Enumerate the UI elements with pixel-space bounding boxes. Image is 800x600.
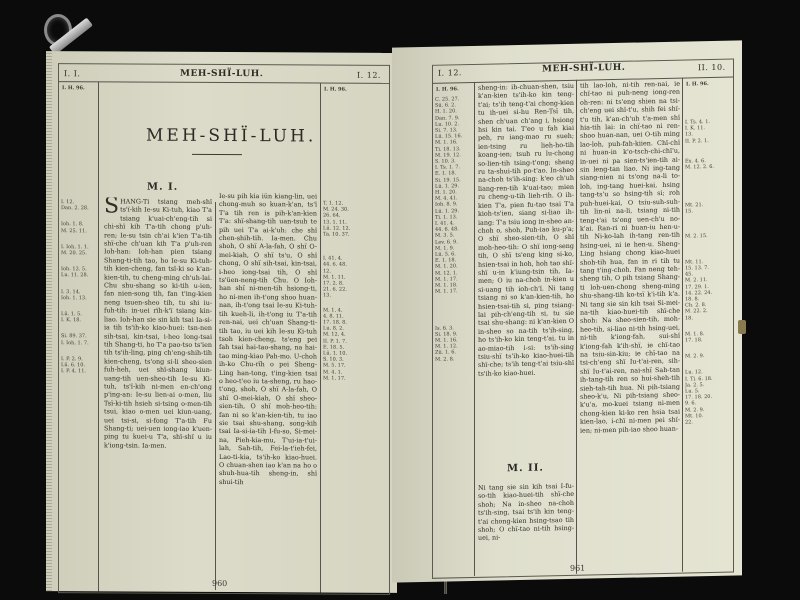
column-rule <box>576 80 577 574</box>
margin-head-left: I. H. 96. <box>62 85 85 91</box>
column-rule <box>215 202 216 590</box>
right-margin-references: I. Ts. 4. 1. I. K. 11. 13. II. P. 2. 1. … <box>685 119 727 520</box>
drop-cap: S <box>104 197 119 215</box>
right-column-2: tih lao-loh, ni-tih ren-nai, ie chï-tao … <box>580 80 680 567</box>
running-head-title: MEH-SHÏ-LUH. <box>542 63 625 75</box>
margin-rule-right <box>682 78 683 572</box>
right-column-1: sheng-in: ih-chuan-shen, tsiu k'an-kien … <box>478 82 574 444</box>
ref: 22. <box>685 419 727 426</box>
left-page: I. I. MEH-SHÏ-LUH. I. 12. I. H. 96. I. H… <box>52 51 397 593</box>
left-column-1: SHANG-Ti tsiang meh-shï ts'ï-kih Ie-su K… <box>104 197 212 582</box>
running-head-title: MEH-SHÏ-LUH. <box>180 69 263 79</box>
margin-head-right: I. H. 96. <box>324 87 347 93</box>
running-head-left: I. 12. <box>438 68 462 78</box>
page-number: 960 <box>212 579 227 588</box>
running-head-left: I. I. <box>64 69 80 78</box>
margin-rule-right <box>320 83 321 593</box>
ref: I. P. 4. 11. <box>61 368 97 374</box>
margin-rule-left <box>474 82 475 576</box>
margin-head-right: I. H. 96. <box>686 81 709 88</box>
chapter-heading: M. I. <box>147 182 178 193</box>
book-title: MEH-SHÏ-LUH. <box>146 126 316 147</box>
running-head-right: I. 12. <box>357 71 381 80</box>
margin-rule-left <box>98 81 99 591</box>
chapter-heading: M. II. <box>507 462 544 474</box>
right-page: I. 12. MEH-SHÏ-LUH. II. 10. I. H. 96. I.… <box>392 40 742 582</box>
left-column-2: Ie-su pih kia iün kiang-lin, uei chong-m… <box>219 192 317 583</box>
open-book: I. I. MEH-SHÏ-LUH. I. 12. I. H. 96. I. H… <box>52 44 742 564</box>
page-edges <box>46 51 52 591</box>
ref: M. 1. 17. <box>323 375 363 381</box>
margin-head-left: I. H. 96. <box>436 86 459 93</box>
bookmark-tab <box>738 320 746 334</box>
right-margin-references: T. 1. 12. M. 24. 30. 26. 64. 13. 1. 11. … <box>323 201 363 581</box>
running-head-right: II. 10. <box>698 63 726 73</box>
left-margin-references: I. 12. Dan. 2. 28. Ioh. 1. 8. M. 25. 11.… <box>61 199 97 579</box>
left-margin-references: C. 25. 27. Sü. 6. 2. H. 1. 20. Dan. 7. 9… <box>435 96 473 567</box>
ref: M. 2. 8. <box>435 355 473 362</box>
right-column-1-chapter-2: Ni tang sie sin kih tsai I-fu-so-tih kia… <box>478 482 574 564</box>
column-text: HANG-Ti tsiang meh-shï ts'ï-kih Ie-su Ki… <box>104 197 212 449</box>
page-number: 961 <box>570 564 585 573</box>
